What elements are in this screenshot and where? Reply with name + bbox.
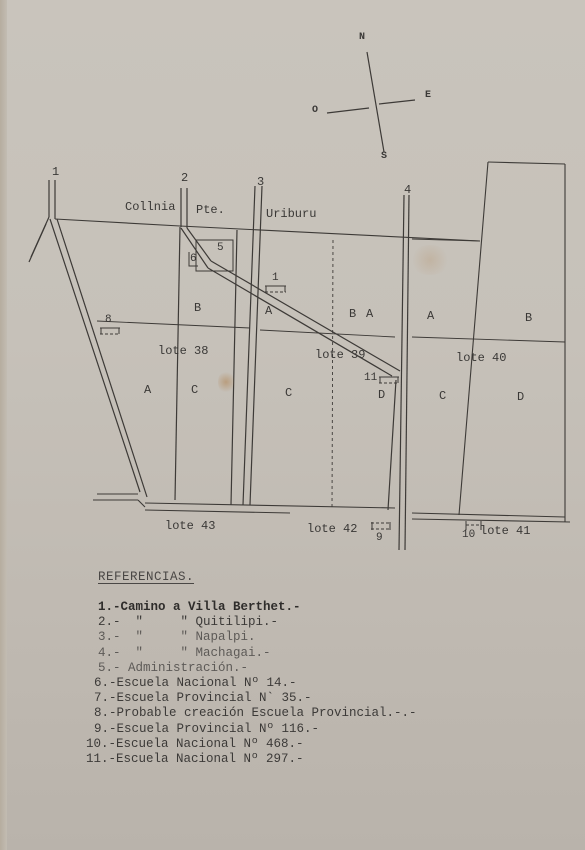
- lot-label-42: lote 42: [307, 523, 357, 535]
- reference-item-3: 3.- " " Napalpi.: [98, 630, 417, 645]
- lote-40-outline: [459, 162, 565, 522]
- compass-north-label: N: [359, 33, 365, 43]
- reference-item-2: 2.- " " Quitilipi.-: [98, 615, 417, 630]
- subdivision-39-A2: A: [366, 308, 373, 320]
- bottom-road: [93, 494, 570, 522]
- compass-rose: [327, 52, 415, 152]
- marker-1-label: 1: [272, 273, 279, 284]
- road-1-number: 1: [52, 166, 59, 178]
- school-marker-8: [100, 328, 120, 334]
- marker-6-label: 6: [190, 254, 197, 265]
- subdivision-38-C: C: [191, 384, 198, 396]
- subdivision-40-A: A: [427, 310, 434, 322]
- street-label-pte: Pte.: [196, 204, 225, 216]
- references-title: REFERENCIAS.: [98, 570, 417, 584]
- reference-item-4: 4.- " " Machagai.-: [98, 646, 417, 661]
- street-label-colonia: Collnia: [125, 201, 175, 213]
- compass-south-label: S: [381, 152, 387, 162]
- road-3: [231, 186, 262, 505]
- school-marker-9: [371, 522, 391, 530]
- reference-item-10: 10.-Escuela Nacional Nº 468.-: [86, 737, 417, 752]
- reference-item-9: 9.-Escuela Provincial Nº 116.-: [94, 722, 417, 737]
- subdivision-38-B: B: [194, 302, 201, 314]
- street-label-uriburu: Uriburu: [266, 208, 316, 220]
- lot-label-40: lote 40: [456, 352, 506, 364]
- reference-item-7: 7.-Escuela Provincial N` 35.-: [94, 691, 417, 706]
- road-1: [29, 180, 147, 497]
- road-colonia-uriburu: [55, 219, 480, 241]
- subdivision-40-D: D: [517, 391, 524, 403]
- lot-label-39: lote 39: [315, 349, 365, 361]
- lot-label-43: lote 43: [165, 520, 215, 532]
- subdivision-38-A: A: [144, 384, 151, 396]
- paper-stain: [410, 245, 450, 275]
- marker-5-label: 5: [217, 243, 224, 254]
- road-4-number: 4: [404, 184, 411, 196]
- compass-west-label: O: [312, 106, 318, 116]
- subdivision-39-C: C: [285, 387, 292, 399]
- lot-lines: [97, 239, 565, 510]
- subdivision-39-A: A: [265, 305, 272, 317]
- marker-9-label: 9: [376, 533, 383, 544]
- subdivision-39-D: D: [378, 389, 385, 401]
- reference-item-11: 11.-Escuela Nacional Nº 297.-: [86, 752, 417, 767]
- references-list: 1.-Camino a Villa Berthet.- 2.- " " Quit…: [86, 600, 417, 767]
- marker-10-label: 10: [462, 530, 475, 541]
- school-marker-1: [265, 286, 286, 292]
- reference-item-1: 1.-Camino a Villa Berthet.-: [98, 600, 417, 615]
- marker-8-label: 8: [105, 315, 112, 326]
- marker-11-label: 11: [364, 373, 377, 384]
- road-3-number: 3: [257, 176, 264, 188]
- subdivision-40-C: C: [439, 390, 446, 402]
- lot-label-41: lote 41: [480, 525, 530, 537]
- lot-label-38: lote 38: [158, 345, 208, 357]
- reference-item-5: 5.- Administración.-: [98, 661, 417, 676]
- references-section: REFERENCIAS. 1.-Camino a Villa Berthet.-…: [86, 570, 417, 767]
- subdivision-40-B: B: [525, 312, 532, 324]
- road-2-number: 2: [181, 172, 188, 184]
- reference-item-8: 8.-Probable creación Escuela Provincial.…: [94, 706, 417, 721]
- compass-east-label: E: [425, 91, 431, 101]
- subdivision-39-B: B: [349, 308, 356, 320]
- reference-item-6: 6.-Escuela Nacional Nº 14.-: [94, 676, 417, 691]
- paper-stain: [218, 370, 234, 394]
- road-4: [388, 195, 409, 550]
